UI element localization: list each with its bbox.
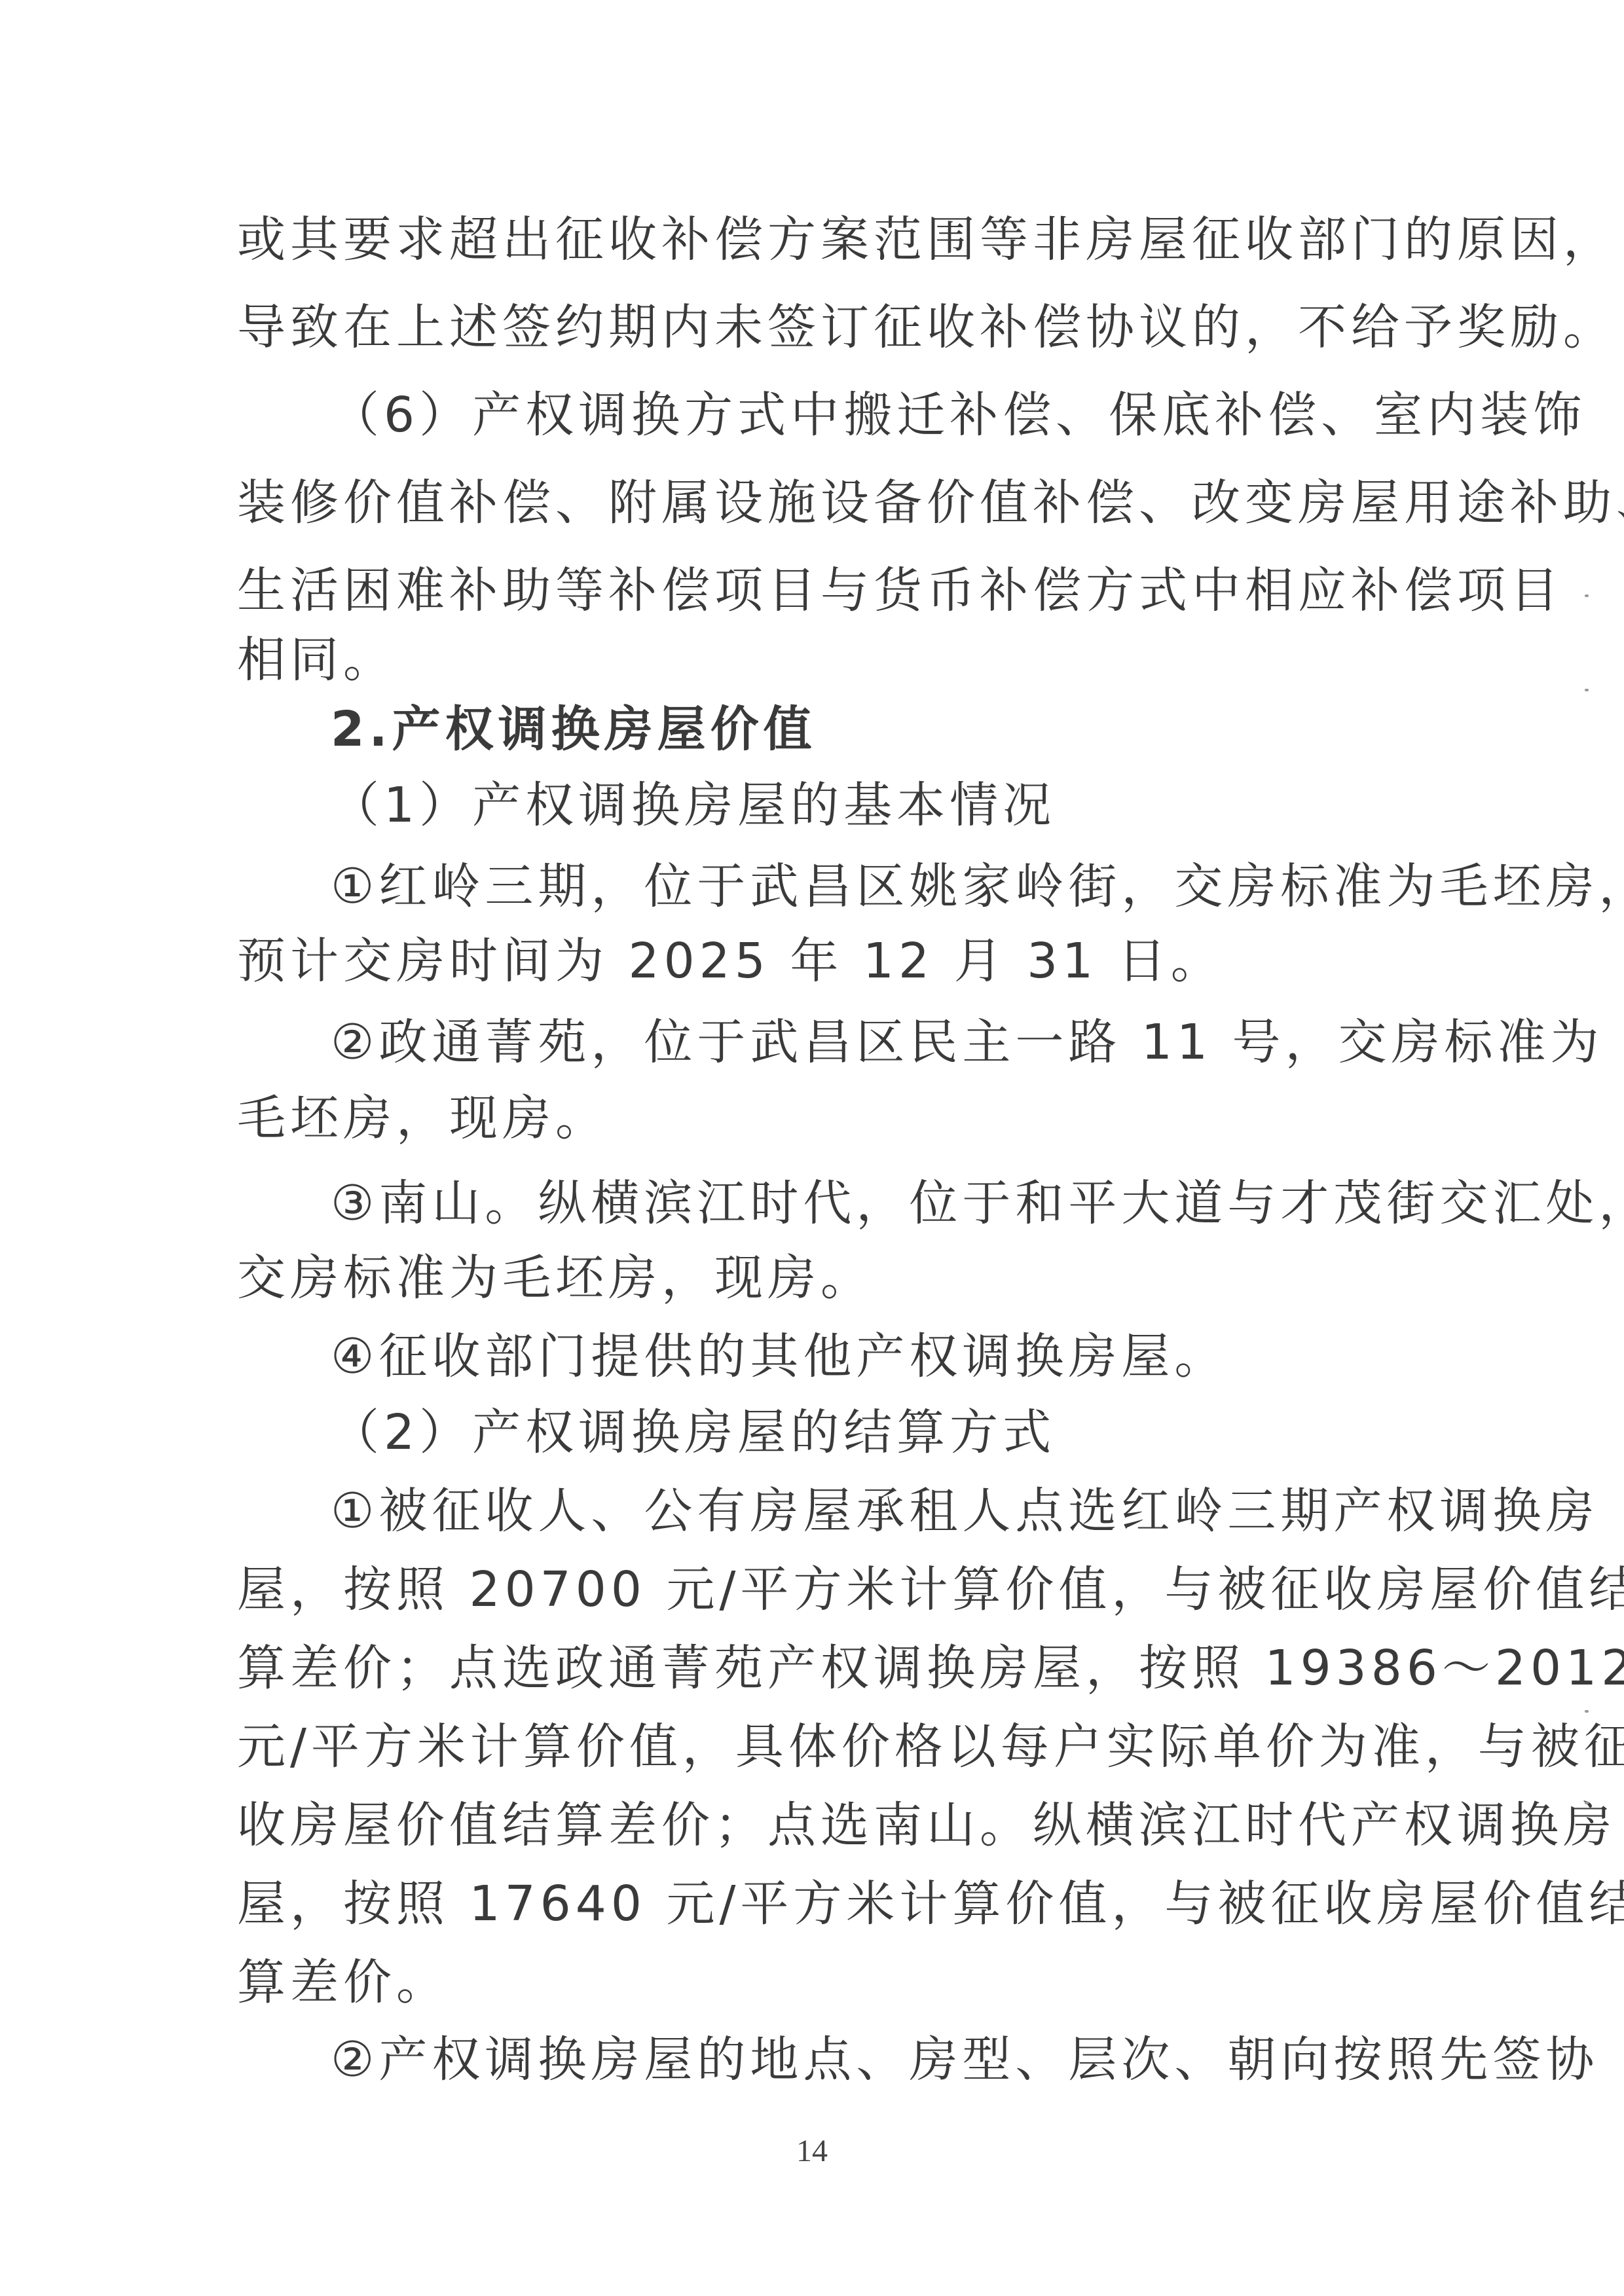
body-text-line: 预计交房时间为 2025 年 12 月 31 日。 <box>237 930 1376 993</box>
body-text-line: 收房屋价值结算差价；点选南山。纵横滨江时代产权调换房 <box>237 1794 1376 1857</box>
body-text-line: 算差价；点选政通菁苑产权调换房屋，按照 19386～20126 <box>237 1637 1376 1700</box>
subsection-heading-2: （2）产权调换房屋的结算方式 <box>331 1401 1470 1464</box>
body-text-line: 屋，按照 20700 元/平方米计算价值，与被征收房屋价值结 <box>237 1558 1376 1621</box>
settlement-item-1: ①被征收人、公有房屋承租人点选红岭三期产权调换房 <box>331 1480 1470 1542</box>
settlement-item-2: ②产权调换房屋的地点、房型、层次、朝向按照先签协 <box>331 2028 1470 2091</box>
body-text-line: 算差价。 <box>237 1951 1376 2014</box>
scan-speck <box>1585 1802 1589 1804</box>
document-page: 或其要求超出征收补偿方案范围等非房屋征收部门的原因， 导致在上述签约期内未签订征… <box>0 0 1624 2296</box>
body-text-line: 装修价值补偿、附属设施设备价值补偿、改变房屋用途补助、 <box>237 471 1376 534</box>
body-text-line: 相同。 <box>237 629 1376 691</box>
body-text-line: 毛坯房，现房。 <box>237 1087 1376 1150</box>
subsection-heading-1: （1）产权调换房屋的基本情况 <box>331 774 1470 837</box>
list-item-hongling: ①红岭三期，位于武昌区姚家岭街，交房标准为毛坯房， <box>331 855 1470 918</box>
body-text-line: 导致在上述签约期内未签订征收补偿协议的，不给予奖励。 <box>237 296 1376 359</box>
list-item-zhengtong: ②政通菁苑，位于武昌区民主一路 11 号，交房标准为 <box>331 1011 1470 1074</box>
scan-speck <box>1585 1710 1589 1713</box>
body-text-line: 交房标准为毛坯房，现房。 <box>237 1247 1376 1309</box>
scan-speck <box>1585 689 1589 691</box>
list-item-other: ④征收部门提供的其他产权调换房屋。 <box>331 1325 1470 1388</box>
page-number: 14 <box>0 2133 1624 2169</box>
paragraph-6: （6）产权调换方式中搬迁补偿、保底补偿、室内装饰 <box>331 384 1470 446</box>
list-item-nanshan: ③南山。纵横滨江时代，位于和平大道与才茂街交汇处， <box>331 1172 1470 1235</box>
scan-speck <box>1585 594 1589 597</box>
body-text-line: 元/平方米计算价值，具体价格以每户实际单价为准，与被征 <box>237 1715 1376 1778</box>
body-text-line: 屋，按照 17640 元/平方米计算价值，与被征收房屋价值结 <box>237 1872 1376 1935</box>
section-heading: 2.产权调换房屋价值 <box>331 698 1470 761</box>
body-text-line: 或其要求超出征收补偿方案范围等非房屋征收部门的原因， <box>237 208 1376 271</box>
body-text-line: 生活困难补助等补偿项目与货币补偿方式中相应补偿项目 <box>237 559 1376 622</box>
